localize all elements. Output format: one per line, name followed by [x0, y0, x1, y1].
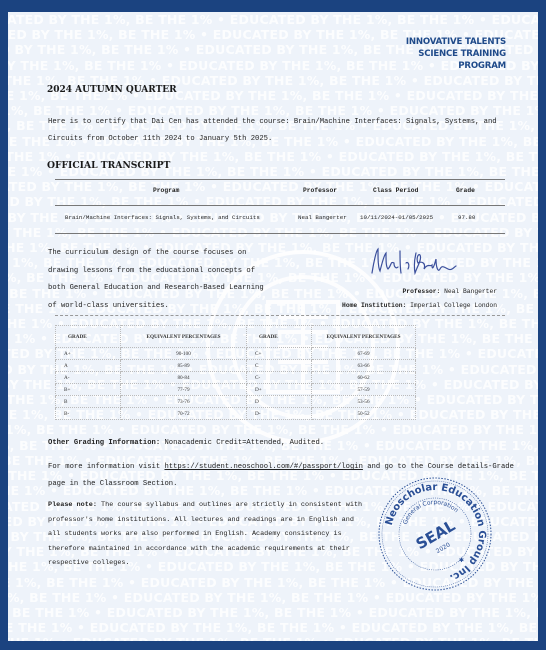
brand-line-1: INNOVATIVE TALENTS: [406, 36, 506, 48]
row-grade: 97.80: [458, 214, 475, 221]
percentage-cell: 60-62: [312, 372, 416, 384]
percentage-cell: 80-84: [121, 372, 247, 384]
grade-scale-row: A85-89C63-66: [56, 360, 416, 372]
grade-cell: D: [247, 396, 312, 408]
grade-cell: B+: [56, 384, 121, 396]
grade-cell: A+: [56, 348, 121, 360]
grade-cell: C+: [247, 348, 312, 360]
official-seal-icon: Neoscholar Education Group Inc. General …: [375, 474, 495, 594]
header-professor: Professor: [303, 187, 337, 194]
svg-text:✱: ✱: [459, 556, 464, 565]
header-grade: Grade: [456, 187, 475, 194]
program-brand: INNOVATIVE TALENTS SCIENCE TRAINING PROG…: [406, 36, 506, 72]
professor-name: Neal Bangerter: [444, 288, 497, 295]
percentage-cell: 67-69: [312, 348, 416, 360]
grade-scale-row: A-80-84C-60-62: [56, 372, 416, 384]
professor-signature: [368, 245, 458, 281]
certificate-page: EDUCATED BY THE 1%, BE THE 1% • EDUCATED…: [8, 12, 538, 641]
percentage-cell: 70-72: [121, 408, 247, 420]
percentage-cell: 73-76: [121, 396, 247, 408]
watermark-line: EDUCATED BY THE 1%, BE THE 1% • EDUCATED…: [8, 194, 538, 209]
other-grading-label: Other Grading Information:: [48, 439, 160, 447]
section-divider: [55, 315, 505, 316]
transcript-bottom-rule: [55, 233, 505, 234]
transcript-top-rule: [55, 179, 505, 180]
grade-cell: C-: [247, 372, 312, 384]
certification-statement: Here is to certify that Dai Cen has atte…: [48, 114, 528, 148]
grade-cell: C: [247, 360, 312, 372]
percentage-cell: 57-59: [312, 384, 416, 396]
institution-name: Imperial College London: [410, 302, 497, 309]
curriculum-description: The curriculum design of the course focu…: [48, 245, 268, 315]
grade-header-1: GRADE: [56, 326, 121, 348]
grade-cell: A-: [56, 372, 121, 384]
grade-cell: B: [56, 396, 121, 408]
grade-cell: D+: [247, 384, 312, 396]
please-note: Please note: The course syllabus and out…: [48, 498, 368, 571]
header-program: Program: [153, 187, 179, 194]
watermark-line: EDUCATED BY THE 1%, BE THE 1% • EDUCATED…: [8, 12, 538, 27]
grade-scale-row: B73-76D53-56: [56, 396, 416, 408]
percentage-cell: 50-52: [312, 408, 416, 420]
brand-line-3: PROGRAM: [406, 60, 506, 72]
grade-cell: A: [56, 360, 121, 372]
grade-cell: B-: [56, 408, 121, 420]
percentage-cell: 77-79: [121, 384, 247, 396]
professor-info: Professor: Neal Bangerter Home Instituti…: [342, 285, 497, 313]
grade-cell: D-: [247, 408, 312, 420]
other-grading-text: Nonacademic Credit=Attended, Audited.: [164, 439, 324, 447]
passport-login-link[interactable]: https://student.neoschool.com/#/passport…: [164, 463, 362, 471]
transcript-header-rule: [55, 205, 505, 206]
please-note-text: The course syllabus and outlines are str…: [48, 501, 362, 567]
watermark-line: EDUCATED BY THE 1%, BE THE 1% • EDUCATED…: [8, 635, 538, 641]
institution-label: Home Institution:: [342, 302, 406, 309]
percentage-cell: 85-89: [121, 360, 247, 372]
watermark-line: EDUCATED BY THE 1%, BE THE 1% • EDUCATED…: [8, 605, 538, 620]
percent-header-1: EQUIVALENT PERCENTAGES: [121, 326, 247, 348]
row-class-period: 10/11/2024-01/05/2025: [360, 214, 433, 221]
percentage-cell: 90-100: [121, 348, 247, 360]
header-class-period: Class Period: [373, 187, 418, 194]
more-info-prefix: For more information visit: [48, 463, 160, 471]
quarter-title: 2024 AUTUMN QUARTER: [47, 85, 177, 95]
percentage-cell: 63-66: [312, 360, 416, 372]
grade-scale-row: A+90-100C+67-69: [56, 348, 416, 360]
watermark-line: EDUCATED BY THE 1%, BE THE 1% • EDUCATED…: [8, 620, 538, 635]
brand-line-2: SCIENCE TRAINING: [406, 48, 506, 60]
transcript-title: OFFICIAL TRANSCRIPT: [47, 160, 170, 171]
row-professor: Neal Bangerter: [298, 214, 347, 221]
professor-label: Professor:: [403, 288, 441, 295]
percent-header-2: EQUIVALENT PERCENTAGES: [312, 326, 416, 348]
grade-header-2: GRADE: [247, 326, 312, 348]
other-grading-info: Other Grading Information: Nonacademic C…: [48, 435, 324, 452]
grade-scale-table: GRADE EQUIVALENT PERCENTAGES GRADE EQUIV…: [55, 325, 416, 420]
please-note-label: Please note:: [48, 501, 97, 509]
grade-scale-header-row: GRADE EQUIVALENT PERCENTAGES GRADE EQUIV…: [56, 326, 416, 348]
row-program: Brain/Machine Interfaces: Signals, Syste…: [65, 214, 260, 221]
grade-scale-row: B-70-72D-50-52: [56, 408, 416, 420]
percentage-cell: 53-56: [312, 396, 416, 408]
grade-scale-row: B+77-79D+57-59: [56, 384, 416, 396]
